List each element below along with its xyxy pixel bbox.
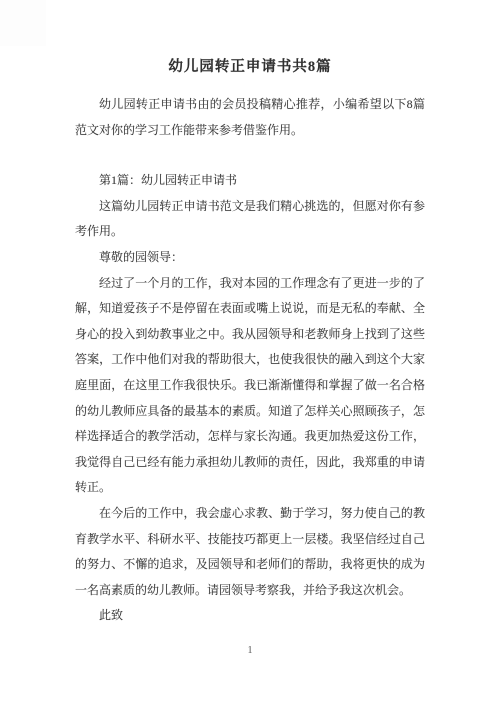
document-body: 幼儿园转正申请书共8篇 幼儿园转正申请书由的会员投稿精心推荐，小编希望以下8篇范…: [0, 0, 500, 629]
document-title: 幼儿园转正申请书共8篇: [75, 56, 425, 78]
article-salutation: 尊敬的园领导：: [75, 245, 425, 271]
article-closing: 此致: [75, 603, 425, 629]
article-lead-paragraph: 这篇幼儿园转正申请书范文是我们精心挑选的，但愿对你有参考作用。: [75, 194, 425, 245]
article-heading: 第1篇：幼儿园转正申请书: [75, 168, 425, 194]
article-paragraph-2: 在今后的工作中，我会虚心求教、勤于学习，努力使自己的教育教学水平、科研水平、技能…: [75, 501, 425, 603]
page-number: 1: [0, 645, 500, 657]
scan-corner-artifact: [0, 0, 46, 46]
document-intro-paragraph: 幼儿园转正申请书由的会员投稿精心推荐，小编希望以下8篇范文对你的学习工作能带来参…: [75, 92, 425, 143]
article-paragraph-1: 经过了一个月的工作，我对本园的工作理念有了更进一步的了解，知道爱孩子不是停留在表…: [75, 271, 425, 501]
document-page: 幼儿园转正申请书共8篇 幼儿园转正申请书由的会员投稿精心推荐，小编希望以下8篇范…: [0, 0, 500, 708]
